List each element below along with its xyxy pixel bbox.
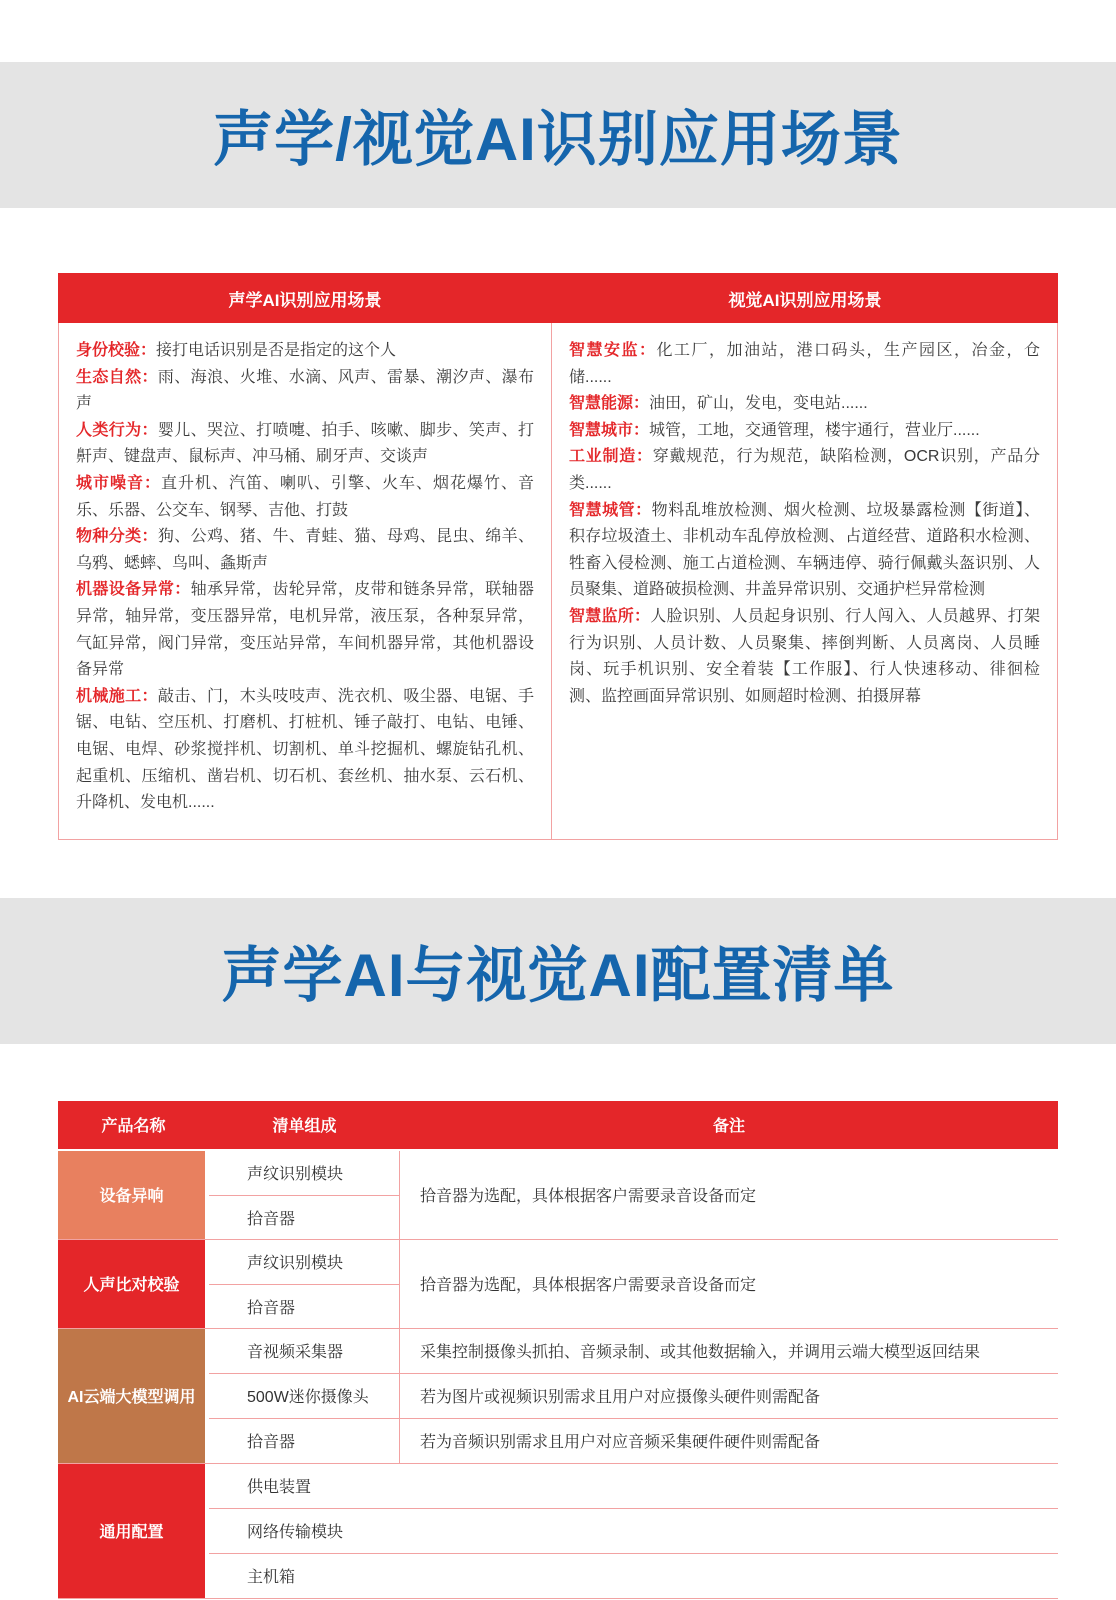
remark-cell: 拾音器为选配，具体根据客户需要录音设备而定	[400, 1151, 1058, 1239]
component-cell: 主机箱	[209, 1554, 1058, 1598]
product-name-cell: 人声比对校验	[58, 1240, 205, 1328]
merged-row: 声纹识别模块拾音器拾音器为选配，具体根据客户需要录音设备而定	[209, 1151, 1058, 1239]
config-group-rows: 声纹识别模块拾音器拾音器为选配，具体根据客户需要录音设备而定	[209, 1240, 1058, 1328]
config-row: 供电装置	[209, 1464, 1058, 1508]
acoustic-scenarios-column: 身份校验：接打电话识别是否是指定的这个人生态自然：雨、海浪、火堆、水滴、风声、雷…	[59, 323, 552, 839]
component-stack: 声纹识别模块拾音器	[209, 1151, 400, 1239]
component-cell: 声纹识别模块	[209, 1151, 399, 1195]
scenario-item: 身份校验：接打电话识别是否是指定的这个人	[76, 338, 534, 365]
scenario-item: 机器设备异常：轴承异常，齿轮异常，皮带和链条异常，联轴器异常，轴异常，变压器异常…	[76, 577, 534, 683]
scenario-label: 智慧能源：	[569, 395, 649, 412]
scenario-label: 物种分类：	[76, 528, 158, 545]
component-cell: 拾音器	[209, 1195, 399, 1239]
section1-content: 声学AI识别应用场景 视觉AI识别应用场景 身份校验：接打电话识别是否是指定的这…	[58, 273, 1058, 840]
section2-content: 产品名称 清单组成 备注 设备异响声纹识别模块拾音器拾音器为选配，具体根据客户需…	[58, 1101, 1058, 1599]
scenario-table: 声学AI识别应用场景 视觉AI识别应用场景 身份校验：接打电话识别是否是指定的这…	[58, 273, 1058, 840]
config-table-header: 产品名称 清单组成 备注	[58, 1101, 1058, 1149]
component-cell: 拾音器	[209, 1284, 399, 1328]
config-group-rows: 声纹识别模块拾音器拾音器为选配，具体根据客户需要录音设备而定	[209, 1151, 1058, 1239]
remark-cell: 拾音器为选配，具体根据客户需要录音设备而定	[400, 1240, 1058, 1328]
section2-banner: 声学AI与视觉AI配置清单	[0, 898, 1116, 1044]
section2-title: 声学AI与视觉AI配置清单	[222, 928, 895, 1014]
product-name-cell: 设备异响	[58, 1151, 205, 1239]
scenario-label: 城市噪音：	[76, 475, 161, 492]
scenario-table-body: 身份校验：接打电话识别是否是指定的这个人生态自然：雨、海浪、火堆、水滴、风声、雷…	[58, 323, 1058, 840]
visual-header-cell: 视觉AI识别应用场景	[552, 273, 1058, 323]
scenario-label: 机器设备异常：	[76, 581, 191, 598]
remark-cell: 采集控制摄像头抓拍、音频录制、或其他数据输入，并调用云端大模型返回结果	[400, 1329, 1058, 1373]
config-row: 主机箱	[209, 1553, 1058, 1598]
config-group-rows: 音视频采集器采集控制摄像头抓拍、音频录制、或其他数据输入，并调用云端大模型返回结…	[209, 1329, 1058, 1463]
components-header-cell: 清单组成	[209, 1101, 400, 1149]
remark-header-cell: 备注	[400, 1101, 1058, 1149]
config-group: 设备异响声纹识别模块拾音器拾音器为选配，具体根据客户需要录音设备而定	[58, 1149, 1058, 1239]
scenario-label: 身份校验：	[76, 342, 156, 359]
remark-cell: 若为图片或视频识别需求且用户对应摄像头硬件则需配备	[400, 1374, 1058, 1418]
component-cell: 供电装置	[209, 1464, 1058, 1508]
page: 声学/视觉AI识别应用场景 声学AI识别应用场景 视觉AI识别应用场景 身份校验…	[0, 0, 1116, 1600]
config-table: 产品名称 清单组成 备注 设备异响声纹识别模块拾音器拾音器为选配，具体根据客户需…	[58, 1101, 1058, 1599]
scenario-item: 智慧城管：物料乱堆放检测、烟火检测、垃圾暴露检测【街道】、积存垃圾渣土、非机动车…	[569, 498, 1040, 604]
scenario-item: 工业制造：穿戴规范，行为规范，缺陷检测，OCR识别，产品分类......	[569, 444, 1040, 497]
config-group-rows: 供电装置网络传输模块主机箱	[209, 1464, 1058, 1598]
scenario-label: 智慧安监：	[569, 342, 657, 359]
component-cell: 音视频采集器	[209, 1329, 400, 1373]
scenario-label: 智慧城市：	[569, 422, 649, 439]
scenario-item: 智慧监所：人脸识别、人员起身识别、行人闯入、人员越界、打架行为识别、人员计数、人…	[569, 604, 1040, 710]
scenario-item: 生态自然：雨、海浪、火堆、水滴、风声、雷暴、潮汐声、瀑布声	[76, 365, 534, 418]
scenario-item: 智慧城市：城管，工地，交通管理，楼宇通行，营业厅......	[569, 418, 1040, 445]
acoustic-header-cell: 声学AI识别应用场景	[58, 273, 552, 323]
scenario-item: 物种分类：狗、公鸡、猪、牛、青蛙、猫、母鸡、昆虫、绵羊、乌鸦、蟋蟀、鸟叫、螽斯声	[76, 524, 534, 577]
scenario-label: 智慧城管：	[569, 502, 652, 519]
scenario-item: 智慧安监：化工厂，加油站，港口码头，生产园区，冶金，仓储......	[569, 338, 1040, 391]
scenario-item: 人类行为：婴儿、哭泣、打喷嚏、拍手、咳嗽、脚步、笑声、打鼾声、键盘声、鼠标声、冲…	[76, 418, 534, 471]
scenario-item: 智慧能源：油田，矿山，发电，变电站......	[569, 391, 1040, 418]
scenario-item: 城市噪音：直升机、汽笛、喇叭、引擎、火车、烟花爆竹、音乐、乐器、公交车、钢琴、吉…	[76, 471, 534, 524]
config-row: 网络传输模块	[209, 1508, 1058, 1553]
config-table-body: 设备异响声纹识别模块拾音器拾音器为选配，具体根据客户需要录音设备而定人声比对校验…	[58, 1149, 1058, 1599]
scenario-text: 城管，工地，交通管理，楼宇通行，营业厅......	[649, 422, 980, 439]
scenario-table-header: 声学AI识别应用场景 视觉AI识别应用场景	[58, 273, 1058, 323]
config-row: 500W迷你摄像头若为图片或视频识别需求且用户对应摄像头硬件则需配备	[209, 1373, 1058, 1418]
scenario-label: 机械施工：	[76, 688, 158, 705]
component-cell: 声纹识别模块	[209, 1240, 399, 1284]
config-group: AI云端大模型调用音视频采集器采集控制摄像头抓拍、音频录制、或其他数据输入，并调…	[58, 1328, 1058, 1463]
scenario-text: 接打电话识别是否是指定的这个人	[156, 342, 396, 359]
scenario-text: 油田，矿山，发电，变电站......	[649, 395, 868, 412]
product-name-cell: AI云端大模型调用	[58, 1329, 205, 1463]
section1-banner: 声学/视觉AI识别应用场景	[0, 62, 1116, 208]
component-cell: 500W迷你摄像头	[209, 1374, 400, 1418]
scenario-label: 工业制造：	[569, 448, 653, 465]
config-row: 音视频采集器采集控制摄像头抓拍、音频录制、或其他数据输入，并调用云端大模型返回结…	[209, 1329, 1058, 1373]
merged-row: 声纹识别模块拾音器拾音器为选配，具体根据客户需要录音设备而定	[209, 1240, 1058, 1328]
product-name-cell: 通用配置	[58, 1464, 205, 1598]
component-cell: 拾音器	[209, 1419, 400, 1463]
section1-title: 声学/视觉AI识别应用场景	[213, 92, 903, 178]
component-cell: 网络传输模块	[209, 1509, 1058, 1553]
remark-cell: 若为音频识别需求且用户对应音频采集硬件硬件则需配备	[400, 1419, 1058, 1463]
config-row: 拾音器若为音频识别需求且用户对应音频采集硬件硬件则需配备	[209, 1418, 1058, 1463]
config-group: 人声比对校验声纹识别模块拾音器拾音器为选配，具体根据客户需要录音设备而定	[58, 1239, 1058, 1328]
config-group: 通用配置供电装置网络传输模块主机箱	[58, 1463, 1058, 1598]
scenario-label: 生态自然：	[76, 369, 158, 386]
scenario-item: 机械施工：敲击、门，木头吱吱声、洗衣机、吸尘器、电锯、手锯、电钻、空压机、打磨机…	[76, 684, 534, 817]
scenario-text: 敲击、门，木头吱吱声、洗衣机、吸尘器、电锯、手锯、电钻、空压机、打磨机、打桩机、…	[76, 688, 534, 811]
scenario-label: 人类行为：	[76, 422, 158, 439]
component-stack: 声纹识别模块拾音器	[209, 1240, 400, 1328]
product-name-header-cell: 产品名称	[58, 1101, 209, 1149]
scenario-label: 智慧监所：	[569, 608, 650, 625]
visual-scenarios-column: 智慧安监：化工厂，加油站，港口码头，生产园区，冶金，仓储......智慧能源：油…	[552, 323, 1057, 839]
